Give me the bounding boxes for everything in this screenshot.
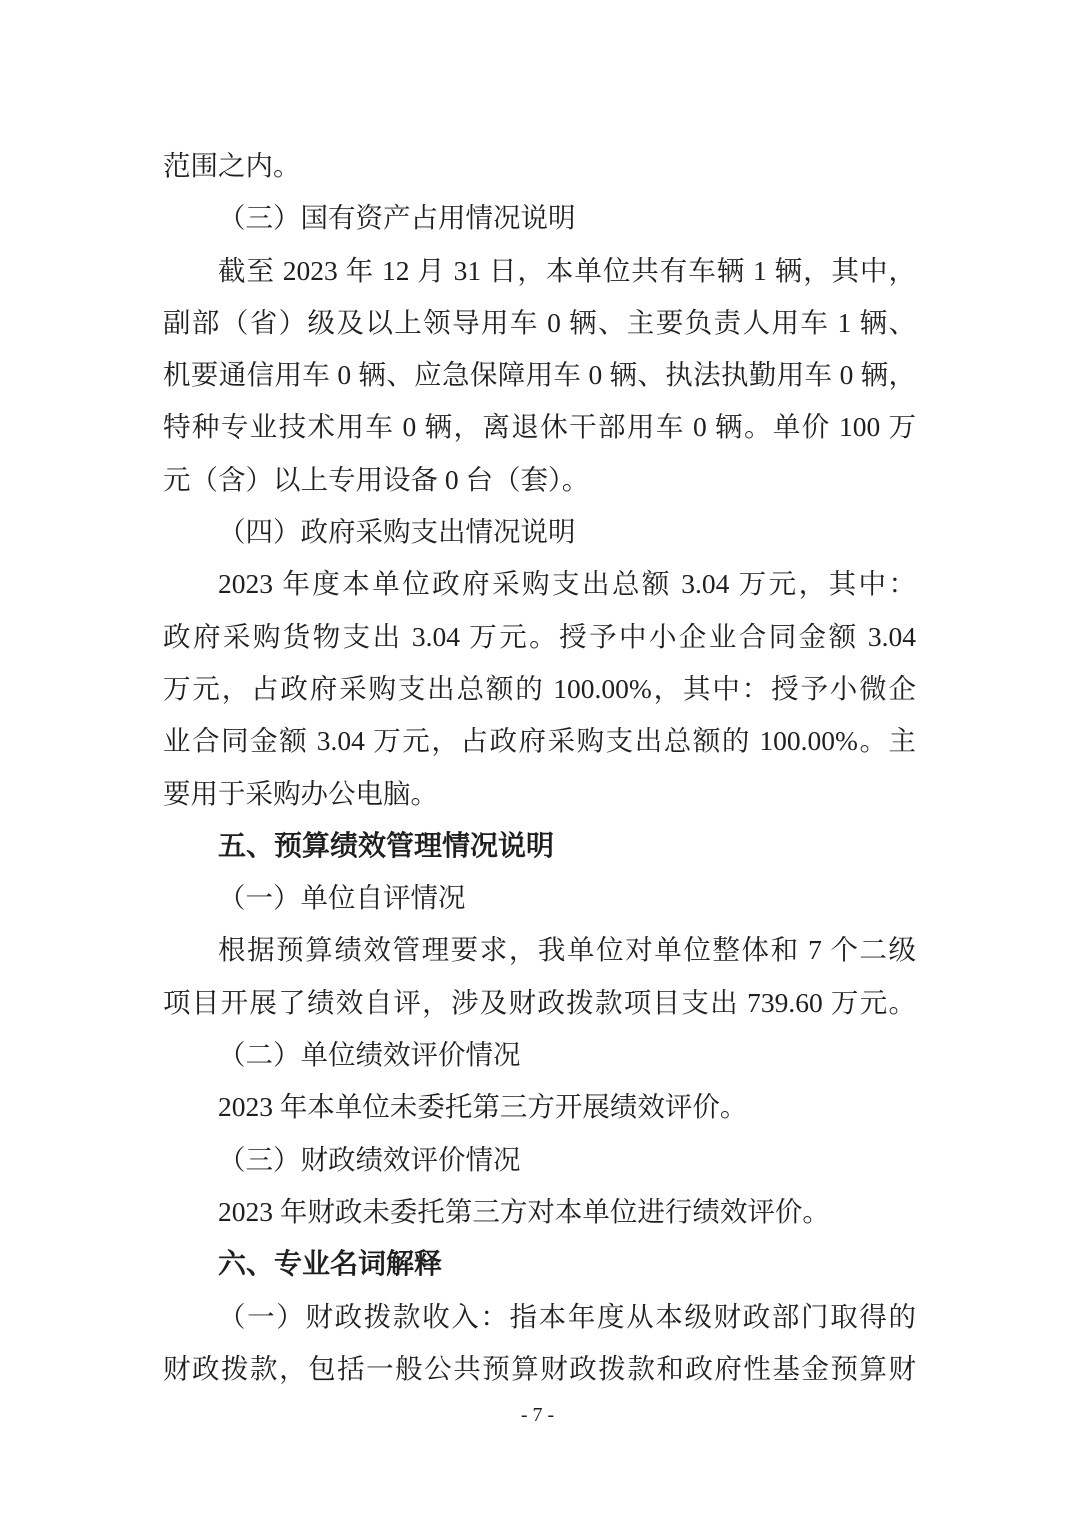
subsection-heading-unit-evaluation: （二）单位绩效评价情况 bbox=[163, 1029, 916, 1081]
paragraph-line: 副部（省）级及以上领导用车 0 辆、主要负责人用车 1 辆、 bbox=[163, 297, 916, 349]
paragraph-line: 2023 年度本单位政府采购支出总额 3.04 万元，其中： bbox=[163, 558, 916, 610]
paragraph-line: 截至 2023 年 12 月 31 日，本单位共有车辆 1 辆，其中， bbox=[163, 245, 916, 297]
subsection-heading-procurement: （四）政府采购支出情况说明 bbox=[163, 506, 916, 558]
paragraph-line: 万元，占政府采购支出总额的 100.00%，其中：授予小微企 bbox=[163, 663, 916, 715]
paragraph-line-term-fiscal-appropriation: （一）财政拨款收入：指本年度从本级财政部门取得的 bbox=[163, 1291, 916, 1343]
paragraph-line: 政府采购货物支出 3.04 万元。授予中小企业合同金额 3.04 bbox=[163, 611, 916, 663]
paragraph-line: 要用于采购办公电脑。 bbox=[163, 768, 916, 820]
section-heading-performance: 五、预算绩效管理情况说明 bbox=[163, 820, 916, 872]
document-page: 范围之内。 （三）国有资产占用情况说明 截至 2023 年 12 月 31 日，… bbox=[0, 0, 1075, 1520]
subsection-heading-self-evaluation: （一）单位自评情况 bbox=[163, 872, 916, 924]
subsection-heading-assets: （三）国有资产占用情况说明 bbox=[163, 192, 916, 244]
paragraph-line: 业合同金额 3.04 万元，占政府采购支出总额的 100.00%。主 bbox=[163, 715, 916, 767]
paragraph-line: 根据预算绩效管理要求，我单位对单位整体和 7 个二级 bbox=[163, 924, 916, 976]
paragraph-line: 2023 年财政未委托第三方对本单位进行绩效评价。 bbox=[163, 1186, 916, 1238]
paragraph-line: 范围之内。 bbox=[163, 140, 916, 192]
section-heading-glossary: 六、专业名词解释 bbox=[163, 1238, 916, 1290]
paragraph-line: 特种专业技术用车 0 辆，离退休干部用车 0 辆。单价 100 万 bbox=[163, 401, 916, 453]
page-body: 范围之内。 （三）国有资产占用情况说明 截至 2023 年 12 月 31 日，… bbox=[163, 140, 916, 1395]
page-number: - 7 - bbox=[0, 1402, 1075, 1428]
subsection-heading-fiscal-evaluation: （三）财政绩效评价情况 bbox=[163, 1134, 916, 1186]
paragraph-line: 项目开展了绩效自评，涉及财政拨款项目支出 739.60 万元。 bbox=[163, 977, 916, 1029]
paragraph-line: 财政拨款，包括一般公共预算财政拨款和政府性基金预算财 bbox=[163, 1343, 916, 1395]
paragraph-line: 机要通信用车 0 辆、应急保障用车 0 辆、执法执勤用车 0 辆， bbox=[163, 349, 916, 401]
paragraph-line: 元（含）以上专用设备 0 台（套）。 bbox=[163, 454, 916, 506]
paragraph-line: 2023 年本单位未委托第三方开展绩效评价。 bbox=[163, 1081, 916, 1133]
